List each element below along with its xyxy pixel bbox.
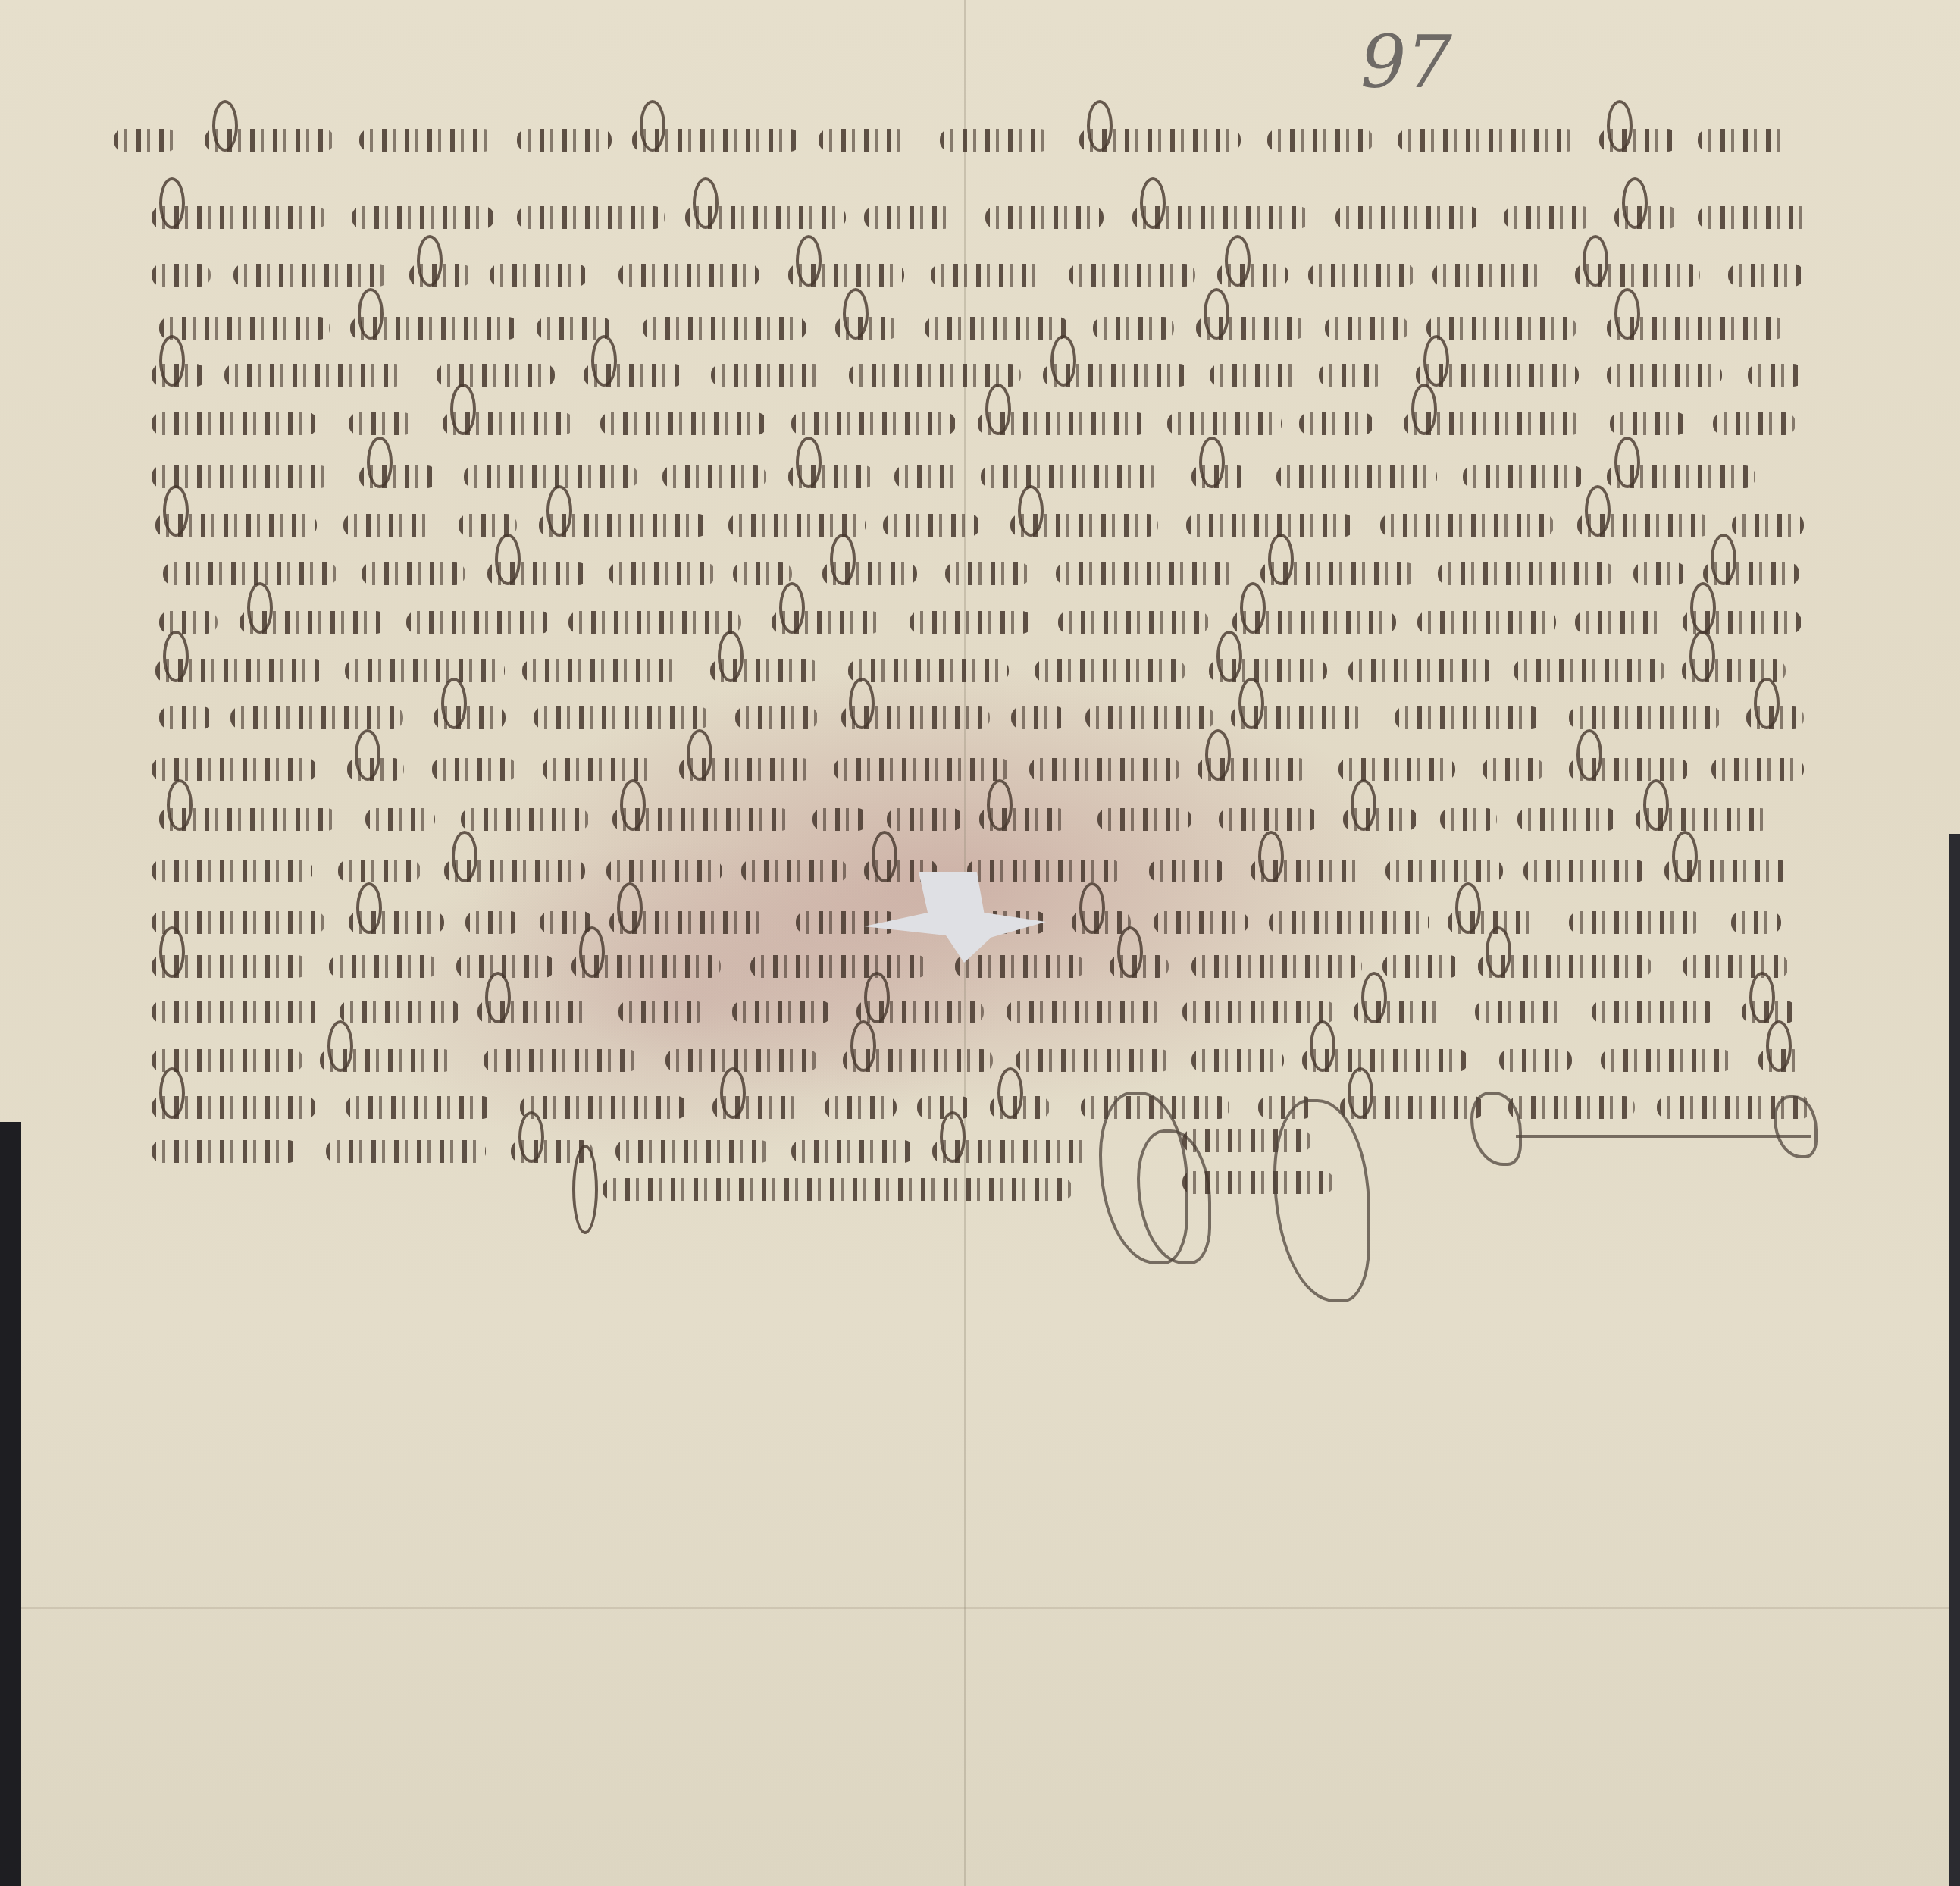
ascender-loop (1240, 582, 1266, 634)
handwritten-word (1508, 1096, 1635, 1119)
ascender-loop (1199, 437, 1225, 488)
handwritten-word (1154, 911, 1248, 934)
handwritten-word (152, 860, 312, 882)
ascender-loop (997, 1067, 1023, 1119)
handwritten-word (1016, 1049, 1171, 1072)
ascender-loop (796, 437, 822, 488)
handwritten-word (733, 562, 792, 585)
handwritten-word (1191, 1049, 1284, 1072)
handwritten-word (534, 706, 709, 729)
handwritten-word (1748, 364, 1804, 387)
handwritten-word (1210, 364, 1301, 387)
handwritten-word (1517, 808, 1617, 831)
handwritten-word (662, 465, 766, 488)
ascender-loop (1423, 335, 1449, 387)
handwritten-word (1338, 758, 1455, 781)
handwritten-word (931, 264, 1044, 287)
handwritten-word (1007, 1001, 1162, 1023)
handwritten-word (1732, 514, 1804, 537)
ascender-loop (1238, 678, 1264, 729)
handwritten-word (343, 514, 434, 537)
handwritten-word (967, 860, 1122, 882)
handwritten-word (618, 1001, 705, 1023)
handwritten-word (362, 562, 465, 585)
handwritten-word (465, 911, 521, 934)
handwritten-word (1475, 1001, 1563, 1023)
handwritten-word (1149, 860, 1226, 882)
ascender-loop (687, 729, 712, 781)
handwritten-word (1219, 808, 1318, 831)
manuscript-line (0, 555, 1960, 593)
handwritten-word (600, 412, 767, 435)
handwritten-word (352, 206, 494, 229)
ascender-loop (495, 534, 521, 585)
ascender-loop (1614, 288, 1640, 340)
handwritten-word (1523, 860, 1646, 882)
handwritten-word (1601, 1049, 1732, 1072)
handwritten-word (152, 264, 211, 287)
manuscript-line (0, 256, 1960, 294)
manuscript-line (0, 652, 1960, 690)
handwritten-word (338, 860, 421, 882)
handwritten-word (1308, 264, 1415, 287)
handwritten-word (326, 1140, 486, 1163)
handwritten-word (1056, 562, 1237, 585)
manuscript-line (0, 199, 1960, 237)
handwritten-word (1299, 412, 1373, 435)
handwritten-word (985, 206, 1104, 229)
handwritten-word (1683, 955, 1789, 978)
manuscript-line (0, 1089, 1960, 1126)
handwritten-word (1395, 706, 1542, 729)
handwritten-word (461, 808, 589, 831)
handwritten-word (1698, 206, 1811, 229)
ascender-loop (579, 926, 605, 978)
ascender-loop (1351, 779, 1376, 831)
handwritten-word (1633, 562, 1686, 585)
handwritten-word (520, 1096, 687, 1119)
handwritten-word (349, 412, 414, 435)
handwritten-word (825, 1096, 897, 1119)
manuscript-line (0, 699, 1960, 737)
handwritten-word (345, 659, 505, 682)
ascender-loop (1766, 1020, 1792, 1072)
handwritten-word (1382, 955, 1460, 978)
ascender-loop (367, 437, 393, 488)
handwritten-word (543, 758, 656, 781)
ascender-loop (1018, 485, 1044, 537)
handwritten-word (159, 317, 330, 340)
handwritten-word (1504, 206, 1592, 229)
ascender-loop (1205, 729, 1231, 781)
handwritten-word (1417, 611, 1556, 634)
manuscript-line (0, 458, 1960, 496)
ascender-loop (1204, 288, 1229, 340)
handwritten-word (1592, 1001, 1715, 1023)
ascender-loop (163, 485, 189, 537)
signature-3 (1273, 1099, 1370, 1302)
signature-4-underline (1516, 1135, 1811, 1138)
handwritten-word (1438, 562, 1614, 585)
handwritten-word (522, 659, 680, 682)
ascender-loop (1585, 485, 1611, 537)
ascender-loop (546, 485, 572, 537)
ascender-loop (450, 384, 476, 435)
ascender-loop (1690, 582, 1716, 634)
ascender-loop (843, 288, 869, 340)
ascender-loop (1607, 100, 1633, 152)
closing-formula (572, 1152, 1088, 1220)
handwritten-word (1514, 659, 1665, 682)
handwritten-word (606, 860, 722, 882)
handwritten-word (1319, 364, 1385, 387)
handwritten-word (406, 611, 551, 634)
handwritten-word (152, 758, 317, 781)
ascender-loop (358, 288, 384, 340)
scan-background-left (0, 1122, 21, 1886)
handwritten-word (437, 364, 555, 387)
handwritten-word (981, 465, 1161, 488)
ascender-loop (1079, 882, 1105, 934)
handwritten-word (1093, 317, 1174, 340)
manuscript-line (0, 506, 1960, 544)
manuscript-line (0, 121, 1960, 159)
handwritten-word (864, 206, 954, 229)
ascender-loop (872, 831, 897, 882)
handwritten-word (1348, 659, 1495, 682)
ascender-loop (159, 1067, 185, 1119)
ascender-loop (452, 831, 477, 882)
handwritten-word (1380, 514, 1554, 537)
handwritten-word (1610, 412, 1687, 435)
handwritten-word (1335, 206, 1479, 229)
ascender-loop (327, 1020, 353, 1072)
handwritten-word (917, 1096, 972, 1119)
ascender-loop (356, 882, 382, 934)
handwritten-word (1385, 860, 1503, 882)
handwritten-word (1069, 264, 1195, 287)
ascender-loop (693, 177, 719, 229)
handwritten-word (834, 758, 1010, 781)
ascender-loop (1583, 235, 1608, 287)
ascender-loop (1310, 1020, 1335, 1072)
handwritten-word (224, 364, 405, 387)
manuscript-line (0, 948, 1960, 985)
handwritten-word (1569, 706, 1721, 729)
handwritten-word (1713, 412, 1796, 435)
handwritten-word (750, 955, 928, 978)
handwritten-word (152, 412, 318, 435)
ascender-loop (247, 582, 273, 634)
handwritten-word (517, 206, 665, 229)
ascender-loop (1050, 335, 1076, 387)
handwritten-word (1731, 911, 1781, 934)
manuscript-line (0, 405, 1960, 443)
manuscript-line (0, 852, 1960, 890)
handwritten-word (1097, 808, 1191, 831)
ascender-loop (1455, 882, 1481, 934)
ascender-loop (987, 779, 1013, 831)
handwritten-word (819, 129, 909, 152)
ascender-loop (1411, 384, 1437, 435)
ascender-loop (620, 779, 646, 831)
ascender-loop (163, 631, 189, 682)
handwritten-word (1029, 758, 1181, 781)
handwritten-word (609, 562, 715, 585)
handwritten-word (152, 1001, 321, 1023)
ascender-loop (591, 335, 617, 387)
handwritten-word (1463, 465, 1583, 488)
handwritten-word (665, 1049, 818, 1072)
handwritten-word (925, 317, 1069, 340)
handwritten-word (883, 514, 980, 537)
ascender-loop (985, 384, 1011, 435)
scan-background-right (1949, 834, 1960, 1886)
handwritten-word (1499, 1049, 1572, 1072)
handwritten-word (1426, 317, 1576, 340)
handwritten-word (812, 808, 868, 831)
handwritten-word (456, 955, 555, 978)
ascender-loop (159, 335, 185, 387)
ascender-loop (1258, 831, 1284, 882)
handwritten-word (1325, 317, 1409, 340)
handwritten-word (1711, 758, 1804, 781)
ascender-loop (1348, 1067, 1373, 1119)
handwritten-word (732, 1001, 831, 1023)
handwritten-word (365, 808, 435, 831)
handwritten-word (791, 412, 956, 435)
ascender-loop (779, 582, 805, 634)
handwritten-word (1267, 129, 1373, 152)
handwritten-word (910, 611, 1032, 634)
ink-flourish (572, 1145, 598, 1234)
ascender-loop (1749, 972, 1775, 1023)
handwritten-word (159, 611, 218, 634)
ascender-loop (796, 235, 822, 287)
folio-number: 97 (1360, 21, 1452, 105)
ascender-loop (850, 1020, 876, 1072)
handwritten-word (1398, 129, 1577, 152)
ascender-loop (1216, 631, 1242, 682)
handwritten-word (1085, 706, 1214, 729)
ascender-loop (720, 1067, 746, 1119)
handwritten-word (114, 129, 177, 152)
handwritten-word (735, 706, 818, 729)
ascender-loop (441, 678, 467, 729)
ascender-loop (864, 972, 890, 1023)
handwritten-word (1186, 514, 1354, 537)
handwritten-word (432, 758, 517, 781)
ascender-loop (1087, 100, 1113, 152)
handwritten-word (1011, 706, 1066, 729)
handwritten-word (568, 611, 741, 634)
ascender-loop (167, 779, 193, 831)
manuscript-line (0, 1042, 1960, 1079)
manuscript-line (0, 356, 1960, 394)
ascender-loop (159, 177, 185, 229)
ascender-loop (1268, 534, 1294, 585)
handwritten-word (1432, 264, 1545, 287)
ascender-loop (1689, 631, 1715, 682)
ascender-loop (355, 729, 380, 781)
handwritten-word (152, 465, 330, 488)
manuscript-line (0, 603, 1960, 641)
handwritten-word (643, 317, 806, 340)
ascender-loop (830, 534, 856, 585)
handwritten-word (490, 264, 587, 287)
handwritten-word (741, 860, 847, 882)
handwritten-word (230, 706, 403, 729)
handwritten-word (346, 1096, 493, 1119)
ascender-loop (1225, 235, 1251, 287)
handwritten-word (159, 706, 213, 729)
ascender-loop (417, 235, 443, 287)
ascender-loop (1576, 729, 1602, 781)
ascender-loop (1754, 678, 1780, 729)
ascender-loop (485, 972, 511, 1023)
handwritten-word (848, 659, 1009, 682)
manuscript-line (0, 800, 1960, 838)
handwritten-word (329, 955, 437, 978)
manuscript-page: 97 (0, 0, 1960, 1886)
ink-stroke (603, 1178, 1072, 1201)
ascender-loop (640, 100, 665, 152)
handwritten-word (1035, 659, 1185, 682)
ascender-loop (518, 1111, 544, 1163)
handwritten-word (940, 129, 1050, 152)
ascender-loop (1486, 926, 1511, 978)
handwritten-word (1483, 758, 1544, 781)
handwritten-word (1167, 412, 1282, 435)
handwritten-word (1058, 611, 1209, 634)
handwritten-word (163, 562, 337, 585)
handwritten-word (233, 264, 389, 287)
ascender-loop (1711, 534, 1736, 585)
handwritten-word (1269, 911, 1429, 934)
handwritten-word (1569, 911, 1702, 934)
ascender-loop (1672, 831, 1698, 882)
handwritten-word (464, 465, 638, 488)
handwritten-word (1191, 955, 1362, 978)
handwritten-word (887, 808, 963, 831)
ascender-loop (212, 100, 238, 152)
handwritten-word (359, 129, 494, 152)
handwritten-word (517, 129, 612, 152)
handwritten-word (711, 364, 825, 387)
ascender-loop (1614, 437, 1640, 488)
horizontal-fold-crease (0, 1607, 1960, 1609)
handwritten-word (1607, 364, 1722, 387)
ascender-loop (1117, 926, 1143, 978)
ascender-loop (1622, 177, 1648, 229)
manuscript-line (0, 750, 1960, 788)
handwritten-word (1575, 611, 1666, 634)
handwritten-word (894, 465, 963, 488)
handwritten-word (1276, 465, 1437, 488)
handwritten-word (849, 364, 1021, 387)
handwritten-word (618, 264, 759, 287)
handwritten-word (1182, 1001, 1335, 1023)
handwritten-word (955, 955, 1085, 978)
manuscript-line (0, 309, 1960, 347)
ascender-loop (159, 926, 185, 978)
ascender-loop (617, 882, 643, 934)
handwritten-word (1698, 129, 1789, 152)
ascender-loop (718, 631, 744, 682)
handwritten-word (484, 1049, 638, 1072)
ascender-loop (1643, 779, 1669, 831)
ascender-loop (1361, 972, 1387, 1023)
handwritten-word (945, 562, 1030, 585)
handwritten-word (340, 1001, 461, 1023)
manuscript-line (0, 993, 1960, 1031)
handwritten-word (1440, 808, 1497, 831)
ascender-loop (849, 678, 875, 729)
ascender-loop (1140, 177, 1166, 229)
handwritten-word (1728, 264, 1804, 287)
handwritten-word (152, 1140, 299, 1163)
